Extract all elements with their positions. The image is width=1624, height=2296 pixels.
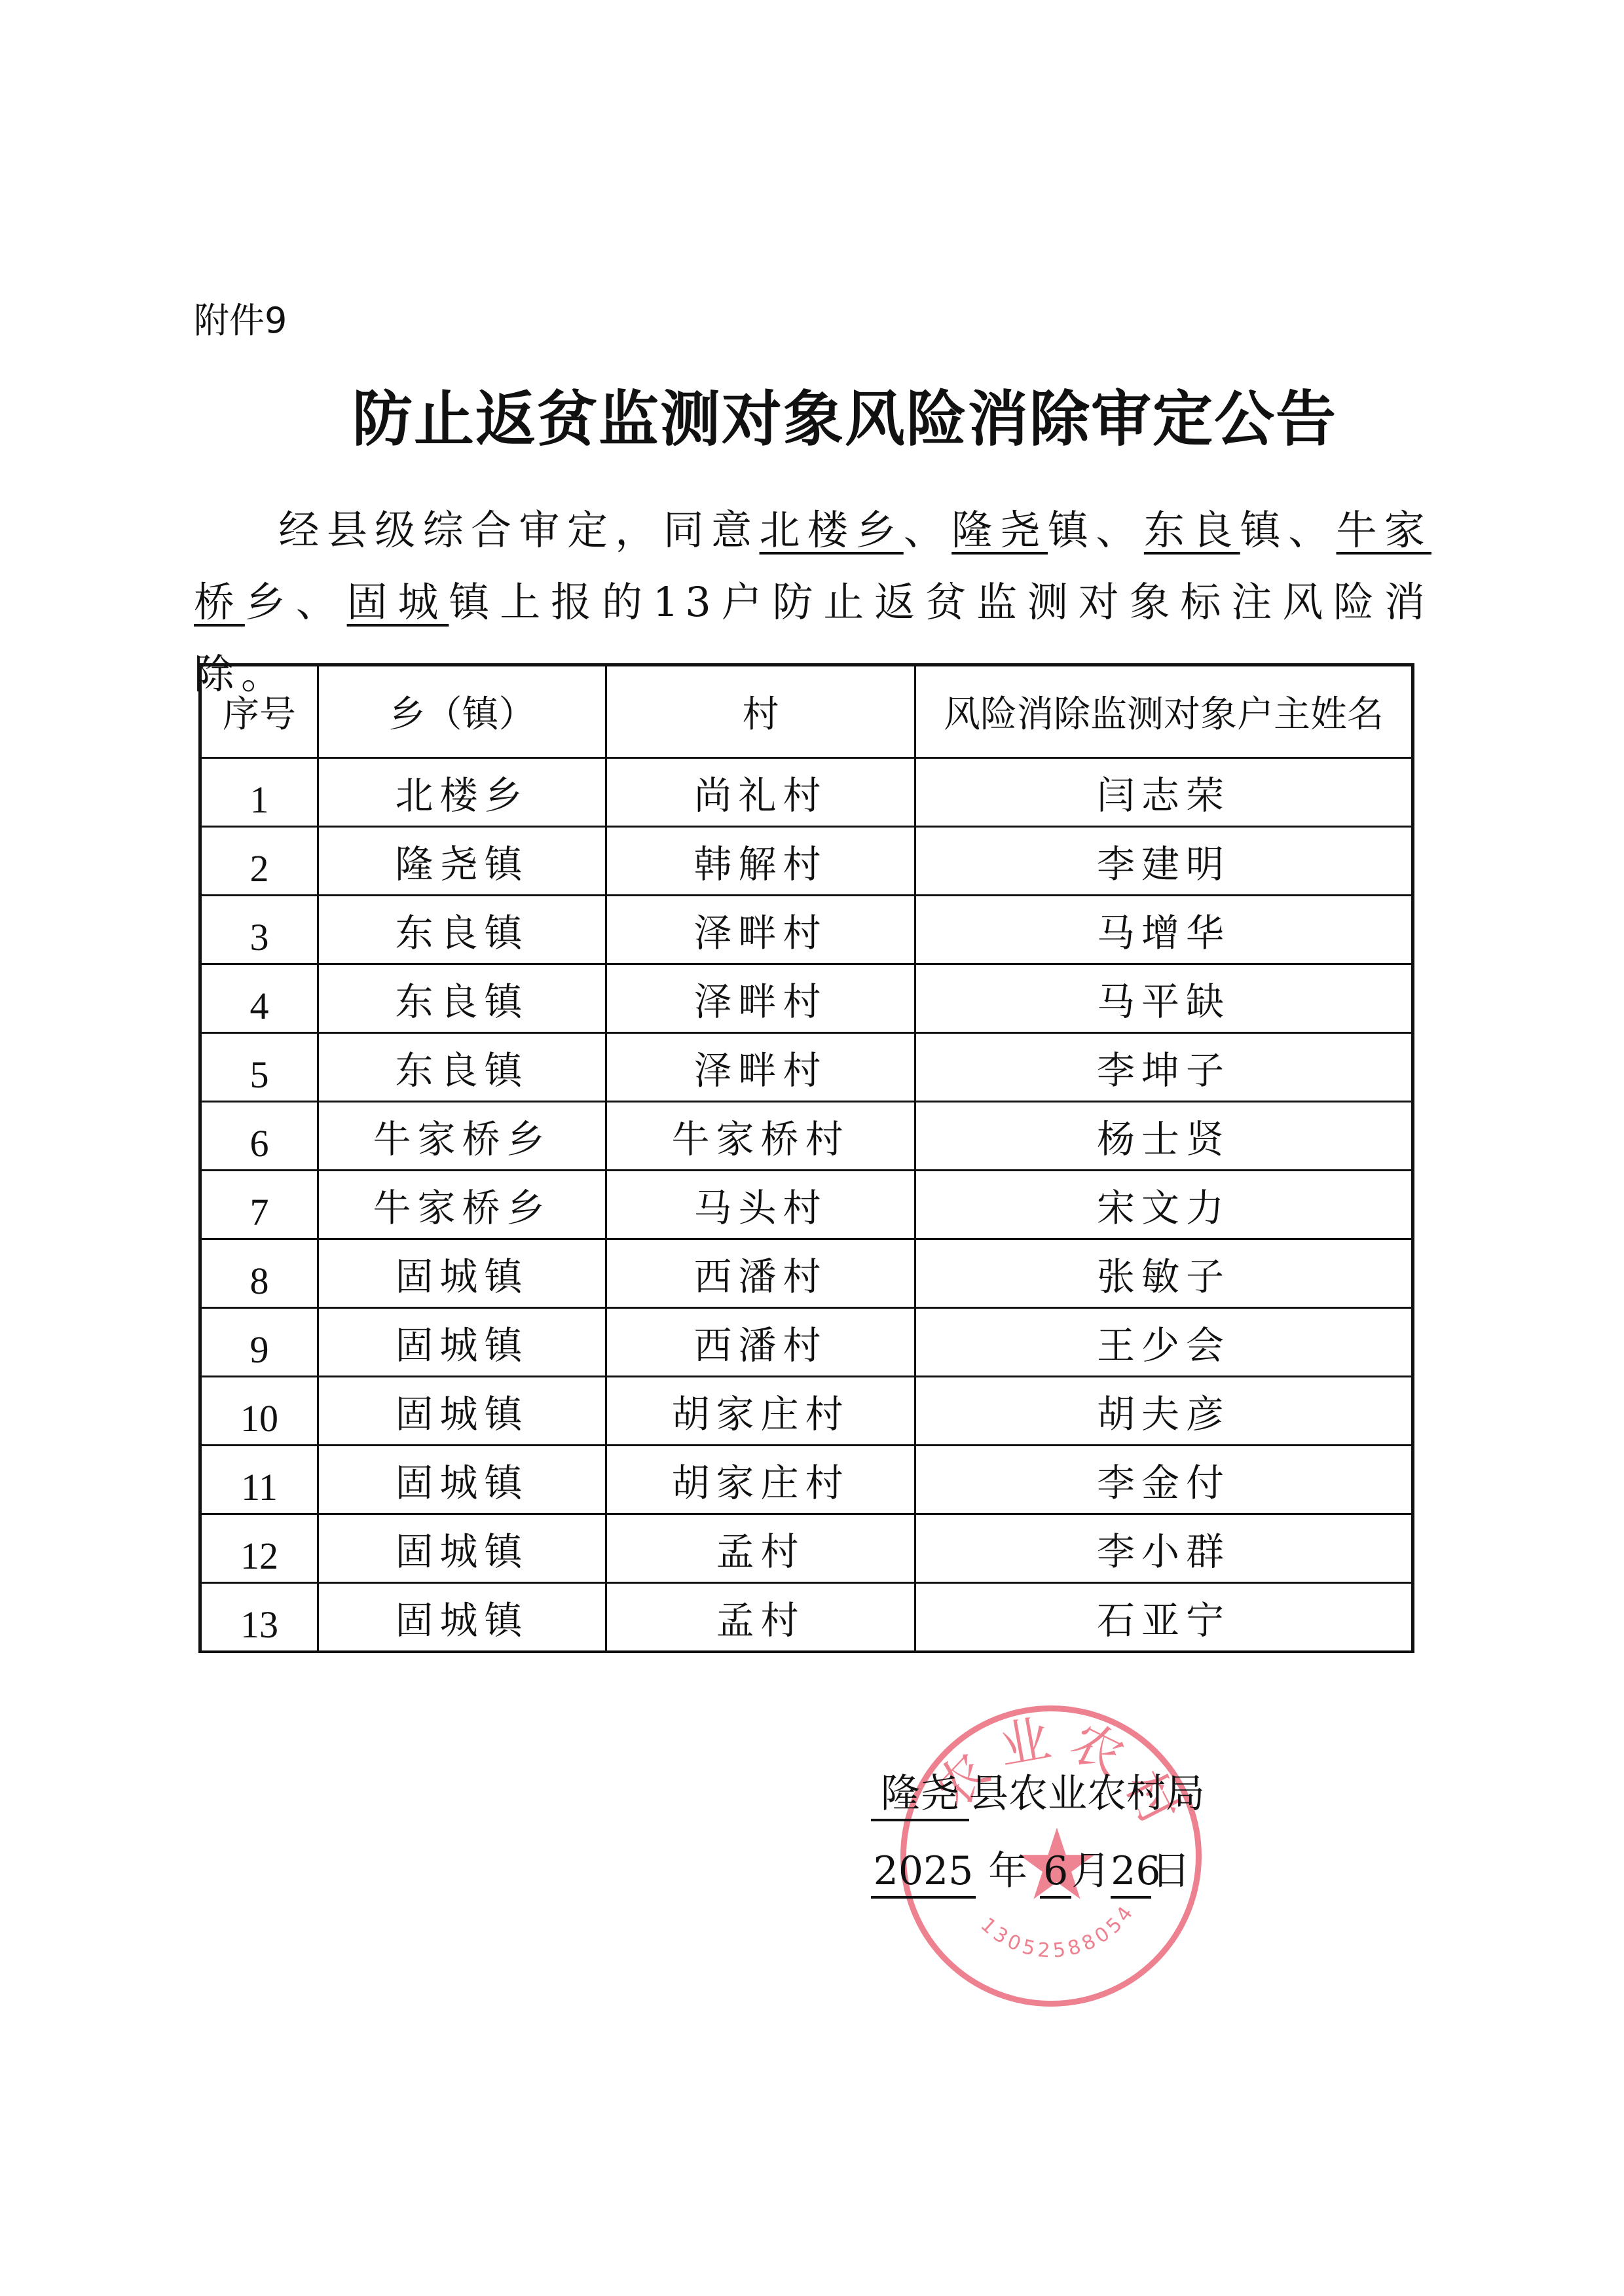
row-township: 北楼乡 xyxy=(318,758,606,827)
table-row: 12 固城镇 孟村 李小群 xyxy=(200,1514,1413,1583)
date-day-label: 日 xyxy=(1151,1848,1190,1894)
row-township: 牛家桥乡 xyxy=(318,1171,606,1239)
row-village: 胡家庄村 xyxy=(606,1446,915,1514)
issuing-organization: 隆尧县农业农村局 xyxy=(871,1764,1329,1823)
town-beilou: 北楼乡 xyxy=(760,506,904,554)
row-township: 固城镇 xyxy=(318,1514,606,1583)
issue-date: 2025 年 6月26日 xyxy=(871,1842,1329,1901)
row-township: 东良镇 xyxy=(318,896,606,964)
row-village: 胡家庄村 xyxy=(606,1377,915,1446)
date-month-label: 月 xyxy=(1071,1848,1111,1894)
row-householder-name: 李金付 xyxy=(915,1446,1413,1514)
row-householder-name: 李坤子 xyxy=(915,1033,1413,1102)
document-page: 附件9 防止返贫监测对象风险消除审定公告 经县级综合审定，同意北楼乡、隆尧镇、东… xyxy=(0,0,1624,2296)
intro-text-1: 经县级综合审定，同意 xyxy=(278,506,760,554)
table-row: 5 东良镇 泽畔村 李坤子 xyxy=(200,1033,1413,1102)
town-longyao: 隆尧 xyxy=(951,506,1048,554)
row-village: 泽畔村 xyxy=(606,964,915,1033)
row-village: 牛家桥村 xyxy=(606,1102,915,1171)
table-row: 3 东良镇 泽畔村 马增华 xyxy=(200,896,1413,964)
row-householder-name: 闫志荣 xyxy=(915,758,1413,827)
row-township: 隆尧镇 xyxy=(318,827,606,896)
row-index: 8 xyxy=(200,1239,318,1308)
table-row: 2 隆尧镇 韩解村 李建明 xyxy=(200,827,1413,896)
row-householder-name: 李建明 xyxy=(915,827,1413,896)
row-village: 泽畔村 xyxy=(606,896,915,964)
row-index: 7 xyxy=(200,1171,318,1239)
date-year-label: 年 xyxy=(988,1848,1027,1894)
row-householder-name: 王少会 xyxy=(915,1308,1413,1377)
table-row: 9 固城镇 西潘村 王少会 xyxy=(200,1308,1413,1377)
header-index: 序号 xyxy=(200,665,318,758)
row-township: 固城镇 xyxy=(318,1446,606,1514)
row-index: 10 xyxy=(200,1377,318,1446)
row-township: 固城镇 xyxy=(318,1308,606,1377)
table-row: 6 牛家桥乡 牛家桥村 杨士贤 xyxy=(200,1102,1413,1171)
separator: 、 xyxy=(904,506,951,554)
town-suffix: 乡 xyxy=(245,578,296,626)
row-township: 牛家桥乡 xyxy=(318,1102,606,1171)
row-township: 固城镇 xyxy=(318,1583,606,1652)
row-householder-name: 宋文力 xyxy=(915,1171,1413,1239)
table-row: 13 固城镇 孟村 石亚宁 xyxy=(200,1583,1413,1652)
table-row: 1 北楼乡 尚礼村 闫志荣 xyxy=(200,758,1413,827)
row-householder-name: 石亚宁 xyxy=(915,1583,1413,1652)
row-township: 东良镇 xyxy=(318,1033,606,1102)
row-index: 9 xyxy=(200,1308,318,1377)
date-month: 6 xyxy=(1040,1846,1071,1899)
row-index: 6 xyxy=(200,1102,318,1171)
page-title: 防止返贫监测对象风险消除审定公告 xyxy=(0,380,1624,458)
row-householder-name: 马增华 xyxy=(915,896,1413,964)
row-householder-name: 李小群 xyxy=(915,1514,1413,1583)
row-index: 2 xyxy=(200,827,318,896)
table-row: 4 东良镇 泽畔村 马平缺 xyxy=(200,964,1413,1033)
row-index: 5 xyxy=(200,1033,318,1102)
table-header-row: 序号 乡（镇） 村 风险消除监测对象户主姓名 xyxy=(200,665,1413,758)
row-index: 4 xyxy=(200,964,318,1033)
row-village: 孟村 xyxy=(606,1514,915,1583)
town-suffix: 镇 xyxy=(1048,506,1096,554)
table-row: 8 固城镇 西潘村 张敏子 xyxy=(200,1239,1413,1308)
organization-suffix: 县农业农村局 xyxy=(969,1771,1205,1817)
table-row: 11 固城镇 胡家庄村 李金付 xyxy=(200,1446,1413,1514)
row-township: 固城镇 xyxy=(318,1377,606,1446)
signature-block: 隆尧县农业农村局 2025 年 6月26日 xyxy=(871,1764,1329,1901)
row-index: 3 xyxy=(200,896,318,964)
row-village: 泽畔村 xyxy=(606,1033,915,1102)
separator: 、 xyxy=(1096,506,1143,554)
row-householder-name: 张敏子 xyxy=(915,1239,1413,1308)
table-row: 7 牛家桥乡 马头村 宋文力 xyxy=(200,1171,1413,1239)
monitoring-table: 序号 乡（镇） 村 风险消除监测对象户主姓名 1 北楼乡 尚礼村 闫志荣 2 隆… xyxy=(198,663,1414,1653)
separator: 、 xyxy=(296,578,347,626)
row-village: 马头村 xyxy=(606,1171,915,1239)
date-day: 26 xyxy=(1111,1846,1151,1899)
date-year: 2025 xyxy=(871,1846,976,1899)
row-index: 13 xyxy=(200,1583,318,1652)
row-index: 12 xyxy=(200,1514,318,1583)
separator: 、 xyxy=(1288,506,1336,554)
row-index: 1 xyxy=(200,758,318,827)
row-householder-name: 杨士贤 xyxy=(915,1102,1413,1171)
row-township: 东良镇 xyxy=(318,964,606,1033)
row-village: 孟村 xyxy=(606,1583,915,1652)
row-village: 西潘村 xyxy=(606,1239,915,1308)
row-village: 西潘村 xyxy=(606,1308,915,1377)
row-index: 11 xyxy=(200,1446,318,1514)
header-village: 村 xyxy=(606,665,915,758)
row-householder-name: 马平缺 xyxy=(915,964,1413,1033)
county-name: 隆尧 xyxy=(871,1769,969,1821)
town-dongliang: 东良 xyxy=(1144,506,1240,554)
town-suffix: 镇 xyxy=(1240,506,1288,554)
row-householder-name: 胡夫彦 xyxy=(915,1377,1413,1446)
table-row: 10 固城镇 胡家庄村 胡夫彦 xyxy=(200,1377,1413,1446)
header-householder-name: 风险消除监测对象户主姓名 xyxy=(915,665,1413,758)
row-township: 固城镇 xyxy=(318,1239,606,1308)
row-village: 尚礼村 xyxy=(606,758,915,827)
header-township: 乡（镇） xyxy=(318,665,606,758)
page-title-text: 防止返贫监测对象风险消除审定公告 xyxy=(352,380,1337,458)
attachment-label: 附件9 xyxy=(194,298,287,344)
town-gucheng: 固城 xyxy=(347,578,449,626)
row-village: 韩解村 xyxy=(606,827,915,896)
